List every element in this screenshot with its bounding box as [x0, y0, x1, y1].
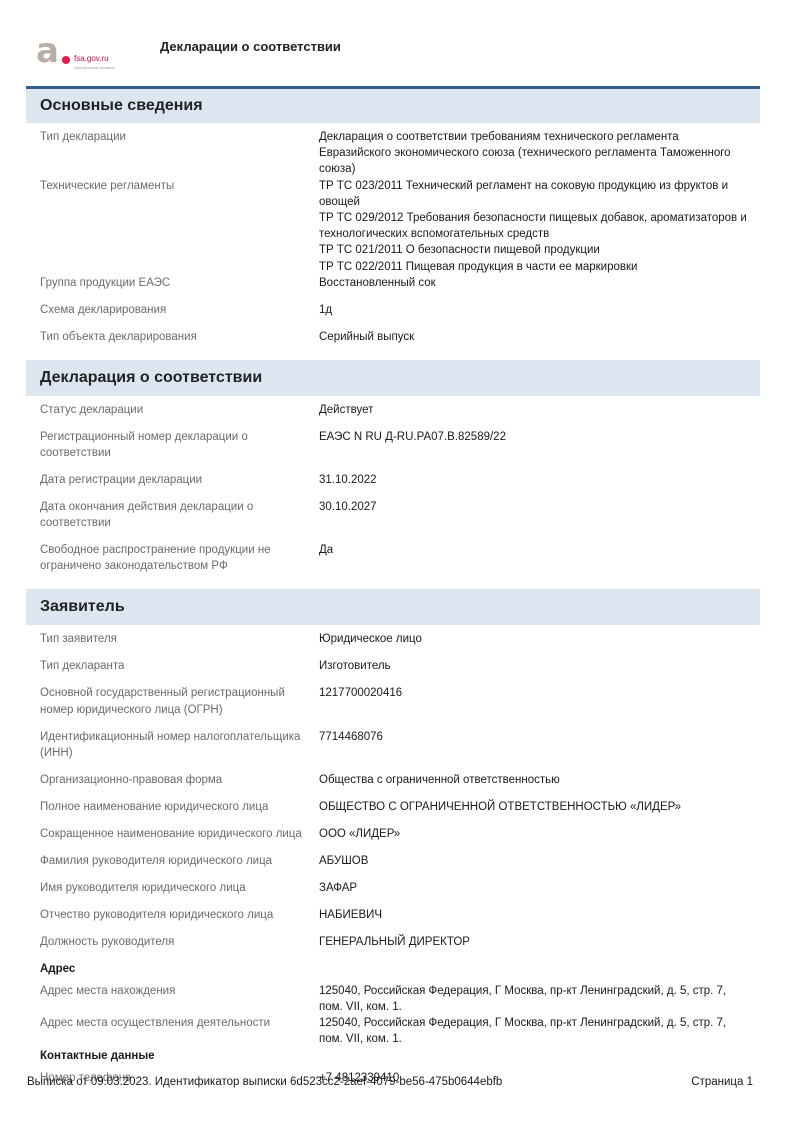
field-value: НАБИЕВИЧ — [319, 907, 749, 923]
applicant-rows: Тип заявителяЮридическое лицоТип деклара… — [26, 631, 760, 950]
field-value: Да — [319, 542, 749, 574]
field-row: Имя руководителя юридического лицаЗАФАР — [26, 880, 760, 896]
field-value: ГЕНЕРАЛЬНЫЙ ДИРЕКТОР — [319, 934, 749, 950]
field-label: Статус декларации — [26, 402, 319, 418]
field-row: Основной государственный регистрационный… — [26, 685, 760, 717]
field-label: Идентификационный номер налогоплательщик… — [26, 729, 319, 761]
field-value: ООО «ЛИДЕР» — [319, 826, 749, 842]
document-title: Декларации о соответствии — [160, 39, 341, 54]
field-value: ЕАЭС N RU Д-RU.РА07.В.82589/22 — [319, 429, 749, 461]
field-row: Организационно-правовая формаОбщества с … — [26, 772, 760, 788]
field-label: Фамилия руководителя юридического лица — [26, 853, 319, 869]
field-row: Адрес места нахождения125040, Российская… — [26, 983, 760, 1015]
field-row: Группа продукции ЕАЭСВосстановленный сок — [26, 275, 760, 291]
field-value: Восстановленный сок — [319, 275, 749, 291]
field-label: Сокращенное наименование юридического ли… — [26, 826, 319, 842]
field-row: Схема декларирования1д — [26, 302, 760, 318]
field-label: Тип заявителя — [26, 631, 319, 647]
field-value: Общества с ограниченной ответственностью — [319, 772, 749, 788]
field-label: Полное наименование юридического лица — [26, 799, 319, 815]
field-row: Тип декларантаИзготовитель — [26, 658, 760, 674]
field-value: 30.10.2027 — [319, 499, 749, 531]
section-basic-rows: Тип декларацииДекларация о соответствии … — [26, 123, 760, 360]
field-value: Серийный выпуск — [319, 329, 749, 345]
field-value: ЗАФАР — [319, 880, 749, 896]
section-applicant-rows: Тип заявителяЮридическое лицоТип деклара… — [26, 625, 760, 1100]
section-header-declaration: Декларация о соответствии — [26, 360, 760, 396]
field-row: Сокращенное наименование юридического ли… — [26, 826, 760, 842]
logo-dot-icon — [62, 56, 70, 64]
field-value: 125040, Российская Федерация, Г Москва, … — [319, 1015, 749, 1047]
field-value: 125040, Российская Федерация, Г Москва, … — [319, 983, 749, 1015]
page-header: a fsa.gov.ru электронные сервисы Деклара… — [30, 28, 770, 78]
field-row: Статус декларацииДействует — [26, 402, 760, 418]
section-header-applicant: Заявитель — [26, 589, 760, 625]
field-label: Дата окончания действия декларации о соо… — [26, 499, 319, 531]
field-value: Юридическое лицо — [319, 631, 749, 647]
address-rows: Адрес места нахождения125040, Российская… — [26, 983, 760, 1048]
field-row: Дата регистрации декларации31.10.2022 — [26, 472, 760, 488]
section-declaration-rows: Статус декларацииДействуетРегистрационны… — [26, 396, 760, 590]
field-row: Идентификационный номер налогоплательщик… — [26, 729, 760, 761]
field-value: Декларация о соответствии требованиям те… — [319, 129, 749, 178]
field-row: Полное наименование юридического лицаОБЩ… — [26, 799, 760, 815]
field-value: Действует — [319, 402, 749, 418]
field-value: ТР ТС 023/2011 Технический регламент на … — [319, 178, 749, 275]
field-row: Тип декларацииДекларация о соответствии … — [26, 129, 760, 178]
field-value: Изготовитель — [319, 658, 749, 674]
field-row: Тип объекта декларированияСерийный выпус… — [26, 329, 760, 345]
field-label: Регистрационный номер декларации о соотв… — [26, 429, 319, 461]
field-value: 1217700020416 — [319, 685, 749, 717]
field-label: Дата регистрации декларации — [26, 472, 319, 488]
field-row: Отчество руководителя юридического лицаН… — [26, 907, 760, 923]
logo-a-icon: a — [36, 34, 59, 68]
logo-subtitle: электронные сервисы — [74, 65, 115, 71]
field-value: 1д — [319, 302, 749, 318]
page-footer: Выписка от 09.03.2023. Идентификатор вып… — [27, 1076, 753, 1088]
field-label: Адрес места осуществления деятельности — [26, 1015, 319, 1047]
field-label: Тип декларанта — [26, 658, 319, 674]
field-row: Регистрационный номер декларации о соотв… — [26, 429, 760, 461]
field-row: Адрес места осуществления деятельности12… — [26, 1015, 760, 1047]
field-label: Схема декларирования — [26, 302, 319, 318]
field-label: Тип декларации — [26, 129, 319, 178]
field-row: Тип заявителяЮридическое лицо — [26, 631, 760, 647]
field-row: Должность руководителяГЕНЕРАЛЬНЫЙ ДИРЕКТ… — [26, 934, 760, 950]
contacts-subheading: Контактные данные — [26, 1048, 760, 1064]
field-label: Свободное распространение продукции не о… — [26, 542, 319, 574]
field-label: Основной государственный регистрационный… — [26, 685, 319, 717]
field-value: АБУШОВ — [319, 853, 749, 869]
field-value: 31.10.2022 — [319, 472, 749, 488]
field-label: Группа продукции ЕАЭС — [26, 275, 319, 291]
field-label: Должность руководителя — [26, 934, 319, 950]
field-value: 7714468076 — [319, 729, 749, 761]
field-label: Организационно-правовая форма — [26, 772, 319, 788]
field-row: Свободное распространение продукции не о… — [26, 542, 760, 574]
extract-info: Выписка от 09.03.2023. Идентификатор вып… — [27, 1076, 502, 1088]
field-row: Дата окончания действия декларации о соо… — [26, 499, 760, 531]
field-row: Фамилия руководителя юридического лицаАБ… — [26, 853, 760, 869]
address-subheading: Адрес — [26, 961, 760, 977]
field-label: Тип объекта декларирования — [26, 329, 319, 345]
field-label: Технические регламенты — [26, 178, 319, 275]
fsa-logo: a fsa.gov.ru электронные сервисы — [36, 34, 136, 76]
logo-site-text: fsa.gov.ru — [74, 54, 109, 64]
field-label: Адрес места нахождения — [26, 983, 319, 1015]
field-label: Отчество руководителя юридического лица — [26, 907, 319, 923]
field-label: Имя руководителя юридического лица — [26, 880, 319, 896]
field-row: Технические регламентыТР ТС 023/2011 Тех… — [26, 178, 760, 275]
document-content: Основные сведения Тип декларацииДекларац… — [26, 86, 760, 1101]
section-header-basic: Основные сведения — [26, 86, 760, 123]
field-value: ОБЩЕСТВО С ОГРАНИЧЕННОЙ ОТВЕТСТВЕННОСТЬЮ… — [319, 799, 749, 815]
page-number: Страница 1 — [691, 1076, 753, 1088]
